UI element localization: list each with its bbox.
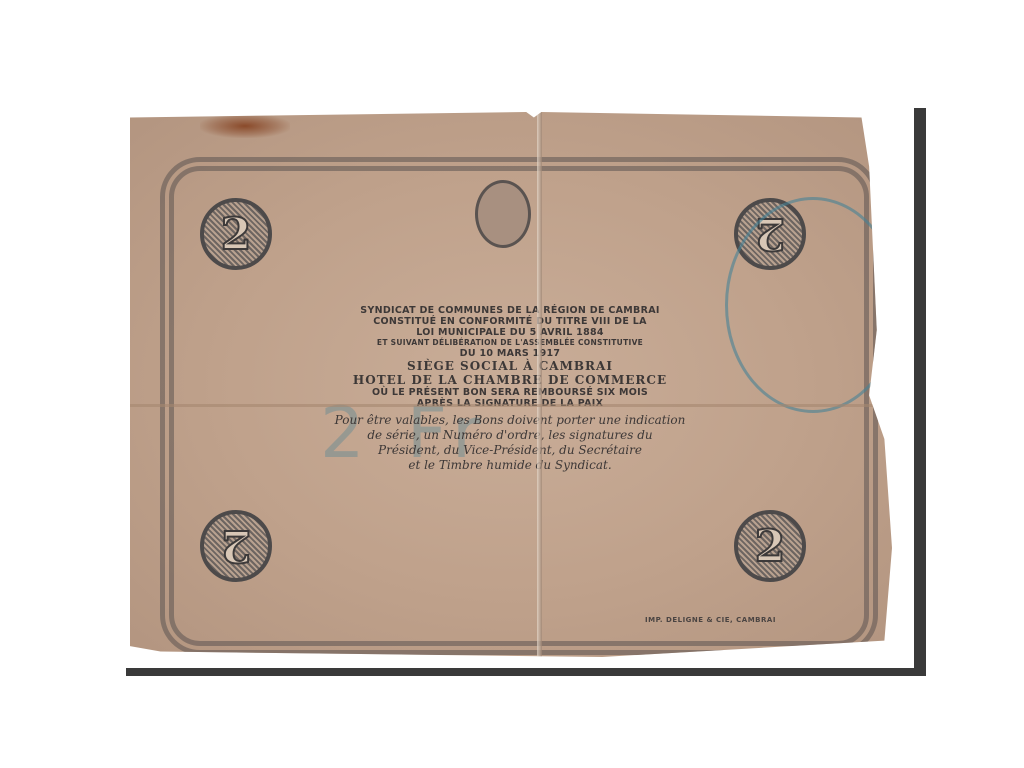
banknote: 2 2 2 2 2 Fr SYNDICAT DE COMMUNES DE LA …	[130, 112, 892, 657]
text-line-1: SYNDICAT DE COMMUNES DE LA RÉGION DE CAM…	[310, 305, 710, 316]
text-line-4: ET SUIVANT DÉLIBÉRATION DE L'ASSEMBLÉE C…	[310, 338, 710, 348]
printer-imprint: IMP. DELIGNE & CIE, CAMBRAI	[645, 616, 776, 624]
denomination-corner-bottom-right: 2	[734, 510, 806, 582]
note-text-block: SYNDICAT DE COMMUNES DE LA RÉGION DE CAM…	[310, 305, 710, 473]
denomination-corner-bottom-left: 2	[200, 510, 272, 582]
text-line-7: HOTEL DE LA CHAMBRE DE COMMERCE	[310, 373, 710, 387]
blue-seal-stamp	[725, 197, 892, 413]
portrait-medallion	[475, 180, 531, 248]
vertical-fold-tear	[537, 112, 542, 657]
italic-line-4: et le Timbre humide du Syndicat.	[310, 458, 710, 473]
rust-stain	[200, 114, 290, 138]
italic-line-3: Président, du Vice-Président, du Secréta…	[310, 443, 710, 458]
denomination-corner-top-left: 2	[200, 198, 272, 270]
text-line-2: CONSTITUÉ EN CONFORMITÉ DU TITRE VIII DE…	[310, 316, 710, 327]
text-line-6: SIÈGE SOCIAL À CAMBRAI	[310, 359, 710, 373]
italic-line-2: de série, un Numéro d'ordre, les signatu…	[310, 428, 710, 443]
horizontal-fold	[130, 404, 892, 407]
italic-line-1: Pour être valables, les Bons doivent por…	[310, 413, 710, 428]
text-line-3: LOI MUNICIPALE DU 5 AVRIL 1884	[310, 327, 710, 338]
text-line-8: OÙ LE PRÉSENT BON SERA REMBOURSÉ SIX MOI…	[310, 387, 710, 398]
text-line-5: DU 10 MARS 1917	[310, 348, 710, 359]
